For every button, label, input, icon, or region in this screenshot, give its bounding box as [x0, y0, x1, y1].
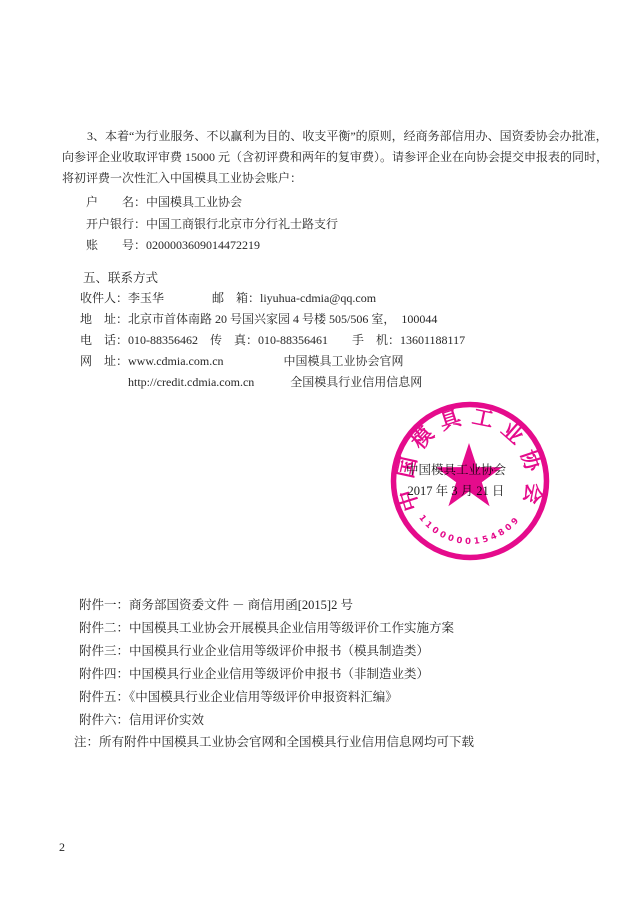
contact-address-line: 地 址：北京市首体南路 20 号国兴家园 4 号楼 505/506 室， 100… [80, 309, 465, 330]
footer-page-number: 2 [59, 840, 65, 855]
attachment-item-6: 附件六：信用评价实效 [79, 709, 454, 732]
account-holder-line: 户 名：中国模具工业协会 [86, 192, 338, 214]
attachment-item-4: 附件四：中国模具行业企业信用等级评价申报书（非制造业类） [79, 663, 454, 686]
contact-recipient-line: 收件人：李玉华 邮 箱：liyuhua-cdmia@qq.com [80, 288, 465, 309]
account-number-line: 账 号：0200003609014472219 [86, 235, 338, 257]
download-note: 注：所有附件中国模具工业协会官网和全国模具行业信用信息网均可下载 [74, 731, 474, 754]
attachment-item-2: 附件二：中国模具工业协会开展模具企业信用等级评价工作实施方案 [79, 617, 454, 640]
attachment-item-1: 附件一：商务部国资委文件 － 商信用函[2015]2 号 [79, 594, 454, 617]
paragraph-line: 向参评企业收取评审费 15000 元（含初评费和两年的复审费）。请参评企业在向协… [62, 147, 608, 168]
paragraph-line: 3、本着“为行业服务、不以赢利为目的、收支平衡”的原则，经商务部信用办、国资委协… [62, 126, 608, 147]
section-heading-contact: 五、联系方式 [83, 268, 158, 286]
contact-credit-site-line: http://credit.cdmia.com.cn 全国模具行业信用信息网 [80, 372, 465, 393]
document-page: 3、本着“为行业服务、不以赢利为目的、收支平衡”的原则，经商务部信用办、国资委协… [0, 0, 640, 904]
contact-phone-line: 电 话：010-88356462 传 真：010-88356461 手 机：13… [80, 330, 465, 351]
account-bank-line: 开户银行：中国工商银行北京市分行礼士路支行 [86, 214, 338, 236]
official-seal: 中国模具工业协会 1100000154809 [390, 401, 550, 561]
bank-account-info: 户 名：中国模具工业协会 开户银行：中国工商银行北京市分行礼士路支行 账 号：0… [86, 192, 338, 257]
attachment-item-3: 附件三：中国模具行业企业信用等级评价申报书（模具制造类） [79, 640, 454, 663]
attachment-item-5: 附件五：《中国模具行业企业信用等级评价申报资料汇编》 [79, 686, 454, 709]
attachment-list: 附件一：商务部国资委文件 － 商信用函[2015]2 号 附件二：中国模具工业协… [79, 594, 454, 732]
contact-info: 收件人：李玉华 邮 箱：liyuhua-cdmia@qq.com 地 址：北京市… [80, 288, 465, 393]
star-icon [436, 443, 503, 506]
fee-paragraph: 3、本着“为行业服务、不以赢利为目的、收支平衡”的原则，经商务部信用办、国资委协… [62, 126, 608, 189]
paragraph-line: 将初评费一次性汇入中国模具工业协会账户： [62, 168, 608, 189]
seal-serial-number: 1100000154809 [416, 513, 521, 547]
contact-website-line: 网 址：www.cdmia.com.cn 中国模具工业协会官网 [80, 351, 465, 372]
svg-text:1100000154809: 1100000154809 [416, 513, 521, 547]
